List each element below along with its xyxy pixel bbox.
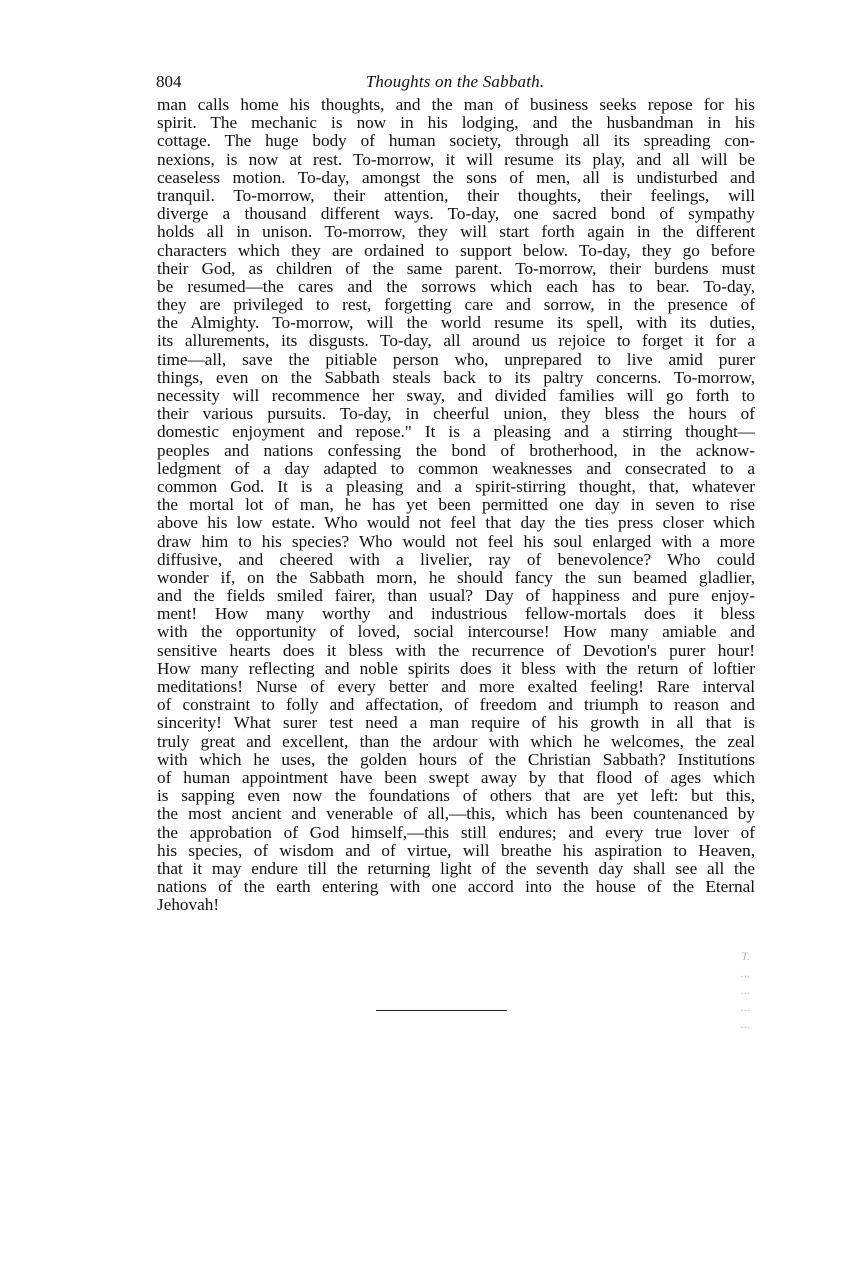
text-line: spirit. The mechanic is now in his lodgi… — [157, 114, 755, 132]
text-line: sincerity! What surer test need a man re… — [157, 714, 755, 732]
text-line: ment! How many worthy and industrious fe… — [157, 605, 755, 623]
text-line: the approbation of God himself,—this sti… — [157, 824, 755, 842]
text-line: diverge a thousand different ways. To-da… — [157, 205, 755, 223]
text-line: and the fields smiled fairer, than usual… — [157, 587, 755, 605]
body-text: man calls home his thoughts, and the man… — [157, 96, 755, 914]
text-line: nations of the earth entering with one a… — [157, 878, 755, 896]
text-line: truly great and excellent, than the ardo… — [157, 733, 755, 751]
section-end-rule — [376, 1010, 507, 1011]
text-line: with which he uses, the golden hours of … — [157, 751, 755, 769]
text-line: man calls home his thoughts, and the man… — [157, 96, 755, 114]
text-line: is sapping even now the foundations of o… — [157, 787, 755, 805]
text-line: nexions, is now at rest. To-morrow, it w… — [157, 151, 755, 169]
text-line: above his low estate. Who would not feel… — [157, 514, 755, 532]
running-title: Thoughts on the Sabbath. — [156, 72, 754, 92]
text-line: necessity will recommence her sway, and … — [157, 387, 755, 405]
text-line: that it may endure till the returning li… — [157, 860, 755, 878]
text-line: ledgment of a day adapted to common weak… — [157, 460, 755, 478]
text-line: things, even on the Sabbath steals back … — [157, 369, 755, 387]
text-line: the Almighty. To-morrow, will the world … — [157, 314, 755, 332]
text-line: common God. It is a pleasing and a spiri… — [157, 478, 755, 496]
text-line: holds all in unison. To-morrow, they wil… — [157, 223, 755, 241]
text-line: peoples and nations confessing the bond … — [157, 442, 755, 460]
bleed-line: T. — [600, 948, 750, 965]
bleed-through-text: T. ... ... ... ... — [600, 948, 750, 1068]
text-line: the most ancient and venerable of all,—t… — [157, 805, 755, 823]
running-head: 804 Thoughts on the Sabbath. — [156, 72, 754, 94]
text-line: with the opportunity of loved, social in… — [157, 623, 755, 641]
text-line: time—all, save the pitiable person who, … — [157, 351, 755, 369]
bleed-line: ... — [600, 982, 750, 999]
text-line: they are privileged to rest, forgetting … — [157, 296, 755, 314]
text-line-final: Jehovah! — [157, 896, 755, 914]
text-line: be resumed—the cares and the sorrows whi… — [157, 278, 755, 296]
text-line: of human appointment have been swept awa… — [157, 769, 755, 787]
bleed-line: ... — [600, 999, 750, 1016]
text-line: sensitive hearts does it bless with the … — [157, 642, 755, 660]
text-line: the mortal lot of man, he has yet been p… — [157, 496, 755, 514]
text-line: domestic enjoyment and repose." It is a … — [157, 423, 755, 441]
text-line: meditations! Nurse of every better and m… — [157, 678, 755, 696]
bleed-line: ... — [600, 1016, 750, 1033]
text-line: their various pursuits. To-day, in cheer… — [157, 405, 755, 423]
bleed-line: ... — [600, 965, 750, 982]
text-line: wonder if, on the Sabbath morn, he shoul… — [157, 569, 755, 587]
text-line: diffusive, and cheered with a livelier, … — [157, 551, 755, 569]
text-line: tranquil. To-morrow, their attention, th… — [157, 187, 755, 205]
text-line: draw him to his species? Who would not f… — [157, 533, 755, 551]
text-line: their God, as children of the same paren… — [157, 260, 755, 278]
text-line: its allurements, its disgusts. To-day, a… — [157, 332, 755, 350]
text-line: his species, of wisdom and of virtue, wi… — [157, 842, 755, 860]
text-line: of constraint to folly and affectation, … — [157, 696, 755, 714]
book-page: 804 Thoughts on the Sabbath. man calls h… — [0, 0, 843, 1265]
text-line: ceaseless motion. To-day, amongst the so… — [157, 169, 755, 187]
text-line: How many reflecting and noble spirits do… — [157, 660, 755, 678]
text-line: characters which they are ordained to su… — [157, 242, 755, 260]
text-line: cottage. The huge body of human society,… — [157, 132, 755, 150]
